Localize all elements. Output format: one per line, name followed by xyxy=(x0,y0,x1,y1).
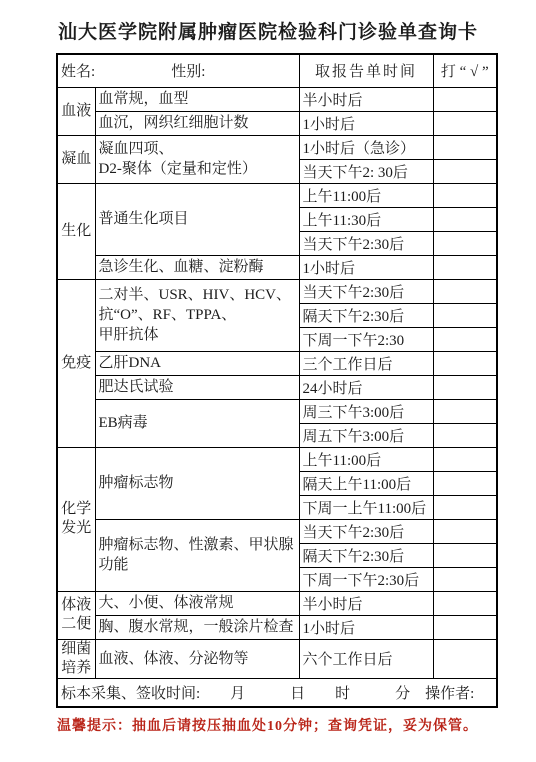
check-cell xyxy=(433,207,497,231)
item-cell: 普通生化项目 xyxy=(95,183,299,255)
check-cell xyxy=(433,615,497,639)
check-cell xyxy=(433,543,497,567)
item-cell: 急诊生化、血糖、淀粉酶 xyxy=(95,255,299,279)
check-cell xyxy=(433,279,497,303)
category-cell: 血液 xyxy=(57,87,95,135)
time-cell: 上午11:00后 xyxy=(299,447,433,471)
time-cell: 24小时后 xyxy=(299,375,433,399)
item-cell: 凝血四项、 D2-聚体（定量和定性） xyxy=(95,135,299,183)
check-cell xyxy=(433,471,497,495)
time-cell: 下周一下午2:30 xyxy=(299,327,433,351)
table-row: 血沉，网织红细胞计数1小时后 xyxy=(57,111,497,135)
table-row: 胸、腹水常规，一般涂片检查1小时后 xyxy=(57,615,497,639)
time-cell: 半小时后 xyxy=(299,87,433,111)
specimen-collection-footer-cell: 标本采集、签收时间: 月 日 时 分 操作者: xyxy=(57,678,497,707)
time-cell: 周五下午3:00后 xyxy=(299,423,433,447)
item-cell: 乙肝DNA xyxy=(95,351,299,375)
item-cell: 肥达氏试验 xyxy=(95,375,299,399)
name-label: 姓名: xyxy=(61,60,171,81)
check-cell xyxy=(433,495,497,519)
report-table: 姓名: 性别: 取报告单时间 打 “ √ ” 血液血常规，血型半小时后血沉，网织… xyxy=(56,53,498,708)
check-cell xyxy=(433,639,497,678)
time-cell: 下周一上午11:00后 xyxy=(299,495,433,519)
check-cell xyxy=(433,399,497,423)
item-cell: 二对半、USR、HIV、HCV、 抗“O”、RF、TPPA、 甲肝抗体 xyxy=(95,279,299,351)
warm-tip-note: 温馨提示：抽血后请按压抽血处10分钟；查询凭证，妥为保管。 xyxy=(57,715,536,735)
check-cell xyxy=(433,567,497,591)
category-cell: 体液 二便 xyxy=(57,591,95,639)
category-cell: 细菌 培养 xyxy=(57,639,95,678)
check-cell xyxy=(433,447,497,471)
check-cell xyxy=(433,375,497,399)
check-mark-header-cell: 打 “ √ ” xyxy=(433,54,497,87)
table-row: 免疫二对半、USR、HIV、HCV、 抗“O”、RF、TPPA、 甲肝抗体当天下… xyxy=(57,279,497,303)
time-cell: 上午11:30后 xyxy=(299,207,433,231)
check-cell xyxy=(433,255,497,279)
time-cell: 当天下午2: 30后 xyxy=(299,159,433,183)
time-cell: 三个工作日后 xyxy=(299,351,433,375)
table-row: 血液血常规，血型半小时后 xyxy=(57,87,497,111)
check-cell xyxy=(433,351,497,375)
item-cell: 血常规，血型 xyxy=(95,87,299,111)
time-cell: 1小时后 xyxy=(299,255,433,279)
report-time-header-cell: 取报告单时间 xyxy=(299,54,433,87)
time-cell: 隔天下午2:30后 xyxy=(299,543,433,567)
category-cell: 化学 发光 xyxy=(57,447,95,591)
time-cell: 1小时后 xyxy=(299,615,433,639)
item-cell: 胸、腹水常规，一般涂片检查 xyxy=(95,615,299,639)
check-cell xyxy=(433,87,497,111)
table-row: EB病毒周三下午3:00后 xyxy=(57,399,497,423)
table-row: 凝血凝血四项、 D2-聚体（定量和定性）1小时后（急诊） xyxy=(57,135,497,159)
name-gender-header-cell: 姓名: 性别: xyxy=(57,54,299,87)
gender-label: 性别: xyxy=(171,60,205,81)
table-header-row: 姓名: 性别: 取报告单时间 打 “ √ ” xyxy=(57,54,497,87)
item-cell: 大、小便、体液常规 xyxy=(95,591,299,615)
time-cell: 1小时后 xyxy=(299,111,433,135)
time-cell: 六个工作日后 xyxy=(299,639,433,678)
category-cell: 免疫 xyxy=(57,279,95,447)
table-footer-row: 标本采集、签收时间: 月 日 时 分 操作者: xyxy=(57,678,497,707)
table-row: 肿瘤标志物、性激素、甲状腺 功能当天下午2:30后 xyxy=(57,519,497,543)
time-cell: 上午11:00后 xyxy=(299,183,433,207)
item-cell: EB病毒 xyxy=(95,399,299,447)
category-cell: 凝血 xyxy=(57,135,95,183)
check-cell xyxy=(433,111,497,135)
item-cell: 血液、体液、分泌物等 xyxy=(95,639,299,678)
table-row: 细菌 培养血液、体液、分泌物等六个工作日后 xyxy=(57,639,497,678)
time-cell: 当天下午2:30后 xyxy=(299,279,433,303)
category-cell: 生化 xyxy=(57,183,95,279)
item-cell: 肿瘤标志物、性激素、甲状腺 功能 xyxy=(95,519,299,591)
time-cell: 当天下午2:30后 xyxy=(299,519,433,543)
check-cell xyxy=(433,183,497,207)
time-cell: 当天下午2:30后 xyxy=(299,231,433,255)
time-cell: 周三下午3:00后 xyxy=(299,399,433,423)
check-cell xyxy=(433,135,497,159)
check-cell xyxy=(433,519,497,543)
item-cell: 肿瘤标志物 xyxy=(95,447,299,519)
check-cell xyxy=(433,303,497,327)
check-cell xyxy=(433,327,497,351)
page-title: 汕大医学院附属肿瘤医院检验科门诊验单查询卡 xyxy=(0,0,536,44)
table-row: 生化普通生化项目上午11:00后 xyxy=(57,183,497,207)
time-cell: 隔天上午11:00后 xyxy=(299,471,433,495)
time-cell: 隔天下午2:30后 xyxy=(299,303,433,327)
time-cell: 1小时后（急诊） xyxy=(299,135,433,159)
time-cell: 下周一下午2:30后 xyxy=(299,567,433,591)
table-row: 肥达氏试验24小时后 xyxy=(57,375,497,399)
table-row: 乙肝DNA三个工作日后 xyxy=(57,351,497,375)
table-row: 急诊生化、血糖、淀粉酶1小时后 xyxy=(57,255,497,279)
check-cell xyxy=(433,591,497,615)
table-row: 体液 二便大、小便、体液常规半小时后 xyxy=(57,591,497,615)
check-cell xyxy=(433,423,497,447)
table-row: 化学 发光肿瘤标志物上午11:00后 xyxy=(57,447,497,471)
check-cell xyxy=(433,231,497,255)
item-cell: 血沉，网织红细胞计数 xyxy=(95,111,299,135)
check-cell xyxy=(433,159,497,183)
time-cell: 半小时后 xyxy=(299,591,433,615)
